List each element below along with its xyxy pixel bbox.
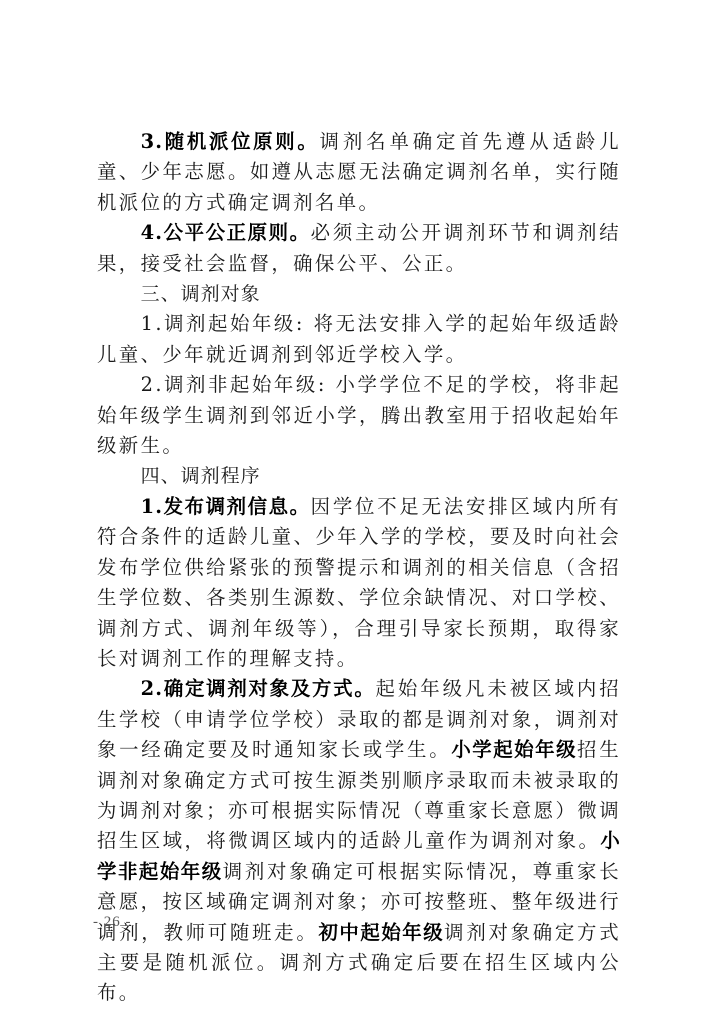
document-body: 3.随机派位原则。调剂名单确定首先遵从适龄儿童、少年志愿。如遵从志愿无法确定调剂… <box>97 127 621 1009</box>
principle-title: 4.公平公正原则。 <box>141 221 311 244</box>
section-heading-adjustment-targets: 三、调剂对象 <box>97 279 621 309</box>
principle-fairness: 4.公平公正原则。必须主动公开调剂环节和调剂结果，接受社会监督，确保公平、公正。 <box>97 218 621 279</box>
document-page: 3.随机派位原则。调剂名单确定首先遵从适龄儿童、少年志愿。如遵从志愿无法确定调剂… <box>0 0 720 1019</box>
procedure-text: 因学位不足无法安排区域内所有符合条件的适龄儿童、少年入学的学校，要及时向社会发布… <box>97 495 621 670</box>
emphasis-primary-starting-grade: 小学起始年级 <box>451 738 577 761</box>
target-non-starting-grade: 2.调剂非起始年级: 小学学位不足的学校，将非起始年级学生调剂到邻近小学，腾出教… <box>97 370 621 461</box>
procedure-title: 2.确定调剂对象及方式。 <box>141 677 376 700</box>
procedure-publish-info: 1.发布调剂信息。因学位不足无法安排区域内所有符合条件的适龄儿童、少年入学的学校… <box>97 492 621 674</box>
principle-title: 3.随机派位原则。 <box>141 130 320 153</box>
section-heading-adjustment-procedure: 四、调剂程序 <box>97 461 621 491</box>
principle-random-allocation: 3.随机派位原则。调剂名单确定首先遵从适龄儿童、少年志愿。如遵从志愿无法确定调剂… <box>97 127 621 218</box>
procedure-determine-targets: 2.确定调剂对象及方式。起始年级凡未被区域内招生学校（申请学位学校）录取的都是调… <box>97 674 621 1008</box>
page-number: - 26 - <box>93 914 132 931</box>
target-starting-grade: 1.调剂起始年级: 将无法安排入学的起始年级适龄儿童、少年就近调剂到邻近学校入学… <box>97 309 621 370</box>
procedure-title: 1.发布调剂信息。 <box>141 495 311 518</box>
emphasis-junior-starting-grade: 初中起始年级 <box>318 921 444 944</box>
